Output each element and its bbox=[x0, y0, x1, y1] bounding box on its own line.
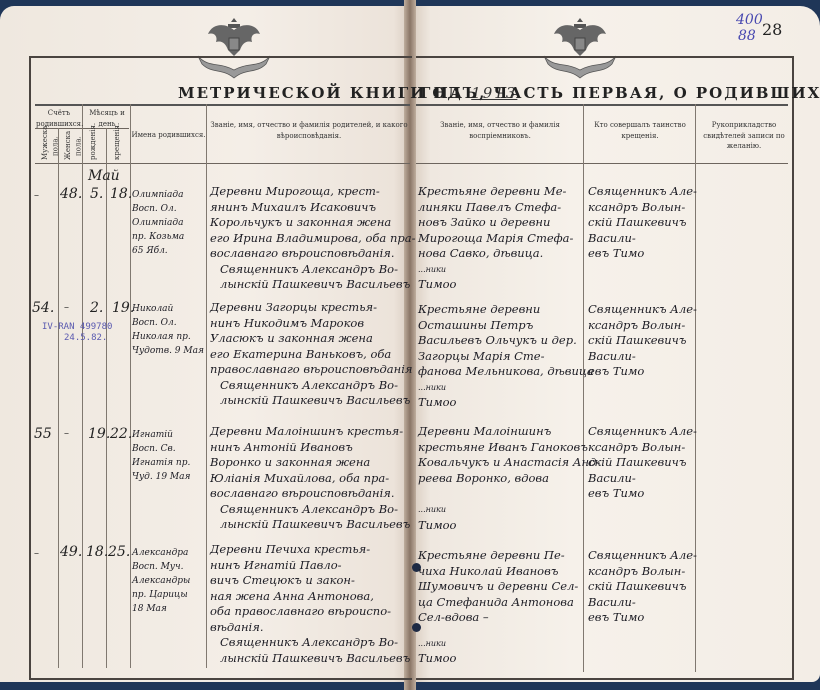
column-line bbox=[106, 128, 107, 668]
parents-text: Деревни Мирогоща, крест-янинъ Михаилъ Ис… bbox=[210, 184, 415, 293]
male-count: 55 bbox=[34, 426, 52, 442]
header-born: рожденія. bbox=[88, 132, 99, 160]
header-rule bbox=[416, 104, 788, 106]
baptism-day: 19. bbox=[112, 300, 134, 316]
page-title-right: ГОДЪ, ЧАСТЬ ПЕРВАЯ, О РОДИВШИХСЯ. bbox=[420, 84, 820, 102]
officiant-text: Священникъ Але-ксандръ Волын-скій Пашкев… bbox=[588, 302, 697, 380]
child-name: ОлимпіадаВосп. Ол.Олимпіадапр. Козьма65 … bbox=[132, 188, 184, 258]
officiant-text: Священникъ Але-ксандръ Волын-скій Пашкев… bbox=[588, 424, 697, 502]
header-parents: Званіе, имя, отчество и фамилія родителе… bbox=[210, 120, 408, 141]
header-bottom-rule bbox=[416, 163, 788, 164]
godparents-text: Крестьяне деревни Ме-линяки Павелъ Стефа… bbox=[418, 184, 573, 293]
female-count: 48. bbox=[60, 186, 82, 202]
birth-day: 2. bbox=[90, 300, 103, 316]
godparents-text: Крестьяне деревниОсташины ПетръВасильевъ… bbox=[418, 302, 594, 411]
officiant-text: Священникъ Але-ксандръ Волын-скій Пашкев… bbox=[588, 184, 697, 262]
child-name: АлександраВосп. Муч.Александрыпр. Царицы… bbox=[132, 546, 190, 616]
baptism-day: 18. bbox=[110, 186, 132, 202]
female-count: 49. bbox=[60, 544, 82, 560]
handwritten-page-number: 400 bbox=[736, 12, 763, 28]
header-male: Мужеска пола. bbox=[40, 132, 61, 160]
header-godparents: Званіе, имя, отчество и фамилія воспріем… bbox=[420, 120, 580, 141]
female-count: – bbox=[64, 302, 69, 313]
baptism-day: 25. bbox=[108, 544, 130, 560]
male-count: 54. bbox=[32, 300, 54, 316]
archive-stamp: IV-RAN 499780 24.5.82. bbox=[42, 322, 112, 344]
parents-text: Деревни Загорцы крестья-нинъ Никодимъ Ма… bbox=[210, 300, 413, 409]
header-female: Женска пола. bbox=[63, 132, 84, 160]
birth-day: 18. bbox=[86, 544, 108, 560]
male-count: – bbox=[34, 548, 39, 559]
godparents-text: Крестьяне деревни Пе-чиха Николай Иванов… bbox=[418, 548, 578, 667]
birth-day: 19. bbox=[88, 426, 110, 442]
female-count: – bbox=[64, 428, 69, 439]
printed-page-number: 28 bbox=[762, 20, 782, 39]
child-name: НиколайВосп. Ол.Николая пр.Чудотв. 9 Мая bbox=[132, 302, 204, 358]
header-baptized: крещенія. bbox=[112, 132, 123, 160]
birth-day: 5. bbox=[90, 186, 103, 202]
header-names: Имена родившихся. bbox=[131, 130, 206, 141]
male-count: – bbox=[34, 190, 39, 201]
header-rule bbox=[35, 104, 410, 106]
parents-text: Деревни Печиха крестья-нинъ Игнатій Павл… bbox=[210, 542, 410, 666]
officiant-text: Священникъ Але-ксандръ Волын-скій Пашкев… bbox=[588, 548, 697, 626]
month: Май bbox=[88, 168, 120, 184]
column-line bbox=[206, 104, 207, 668]
child-name: ИгнатійВосп. Св.Игнатія пр.Чуд. 19 Мая bbox=[132, 428, 190, 484]
header-signature: Рукоприкладство свидѣтелей записи по жел… bbox=[698, 120, 790, 152]
header-bottom-rule bbox=[35, 163, 410, 164]
godparents-text: Деревни Малоіншинъкрестьяне Иванъ Ганоко… bbox=[418, 424, 600, 533]
baptism-day: 22. bbox=[110, 426, 132, 442]
handwritten-page-subnumber: 88 bbox=[738, 28, 756, 44]
parents-text: Деревни Малоіншинъ крестья-нинъ Антоній … bbox=[210, 424, 410, 533]
column-line bbox=[58, 128, 59, 668]
header-officiant: Кто совершалъ таинство крещенія. bbox=[588, 120, 692, 141]
